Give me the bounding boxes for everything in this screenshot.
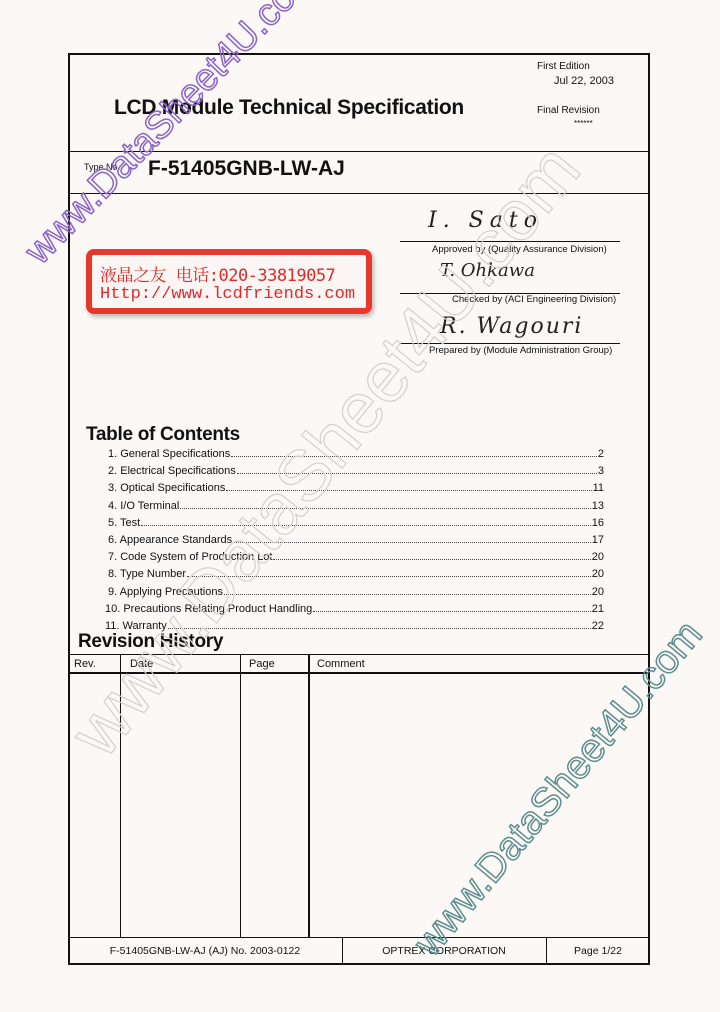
toc-leader-dots <box>313 611 590 612</box>
toc-item-page: 20 <box>592 586 604 598</box>
toc-item-page: 3 <box>598 465 604 477</box>
toc-item-page: 17 <box>592 534 604 546</box>
toc-title: Table of Contents <box>86 424 240 446</box>
toc-item-page: 16 <box>592 517 604 529</box>
footer-doc-number: F-51405GNB-LW-AJ (AJ) No. 2003-0122 <box>68 945 342 957</box>
footer-top <box>68 937 650 938</box>
footer-page: Page 1/22 <box>546 945 650 957</box>
toc-item-page: 2 <box>598 448 604 460</box>
toc-item-page: 21 <box>592 603 604 615</box>
toc-item-label: 3. Optical Specifications <box>108 482 225 494</box>
col-divider <box>308 654 310 937</box>
toc-leader-dots <box>224 594 591 595</box>
type-number: F-51405GNB-LW-AJ <box>148 157 345 181</box>
contact-stamp: 液晶之友 电话:020-33819057 Http://www.lcdfrien… <box>86 249 372 314</box>
final-revision-label: Final Revision <box>537 105 600 116</box>
col-header-page: Page <box>249 658 275 670</box>
toc-item[interactable]: 5. Test16 <box>108 517 604 534</box>
first-edition-date: Jul 22, 2003 <box>554 75 614 87</box>
final-revision-value: ****** <box>574 119 593 128</box>
toc-item-page: 11 <box>593 482 604 494</box>
stamp-phone: 液晶之友 电话:020-33819057 <box>100 261 335 286</box>
toc-item[interactable]: 4. I/O Terminal13 <box>108 500 604 517</box>
first-edition-label: First Edition <box>537 61 590 72</box>
col-header-rev: Rev. <box>74 658 96 670</box>
toc-item-label: 1. General Specifications <box>108 448 230 460</box>
col-divider <box>240 654 241 937</box>
toc-item-page: 13 <box>592 500 604 512</box>
toc-item[interactable]: 3. Optical Specifications11 <box>108 482 604 499</box>
toc-leader-dots <box>141 525 591 526</box>
toc-item-label: 5. Test <box>108 517 140 529</box>
toc-item-page: 22 <box>592 620 604 632</box>
toc-item[interactable]: 6. Appearance Standards17 <box>108 534 604 551</box>
toc-item-label: 2. Electrical Specifications <box>108 465 236 477</box>
col-header-comment: Comment <box>317 658 365 670</box>
toc-item-page: 20 <box>592 551 604 563</box>
toc-leader-dots <box>273 559 590 560</box>
toc-item-label: 4. I/O Terminal <box>108 500 179 512</box>
toc-item-page: 20 <box>592 568 604 580</box>
stamp-url[interactable]: Http://www.lcdfriends.com <box>100 285 355 304</box>
